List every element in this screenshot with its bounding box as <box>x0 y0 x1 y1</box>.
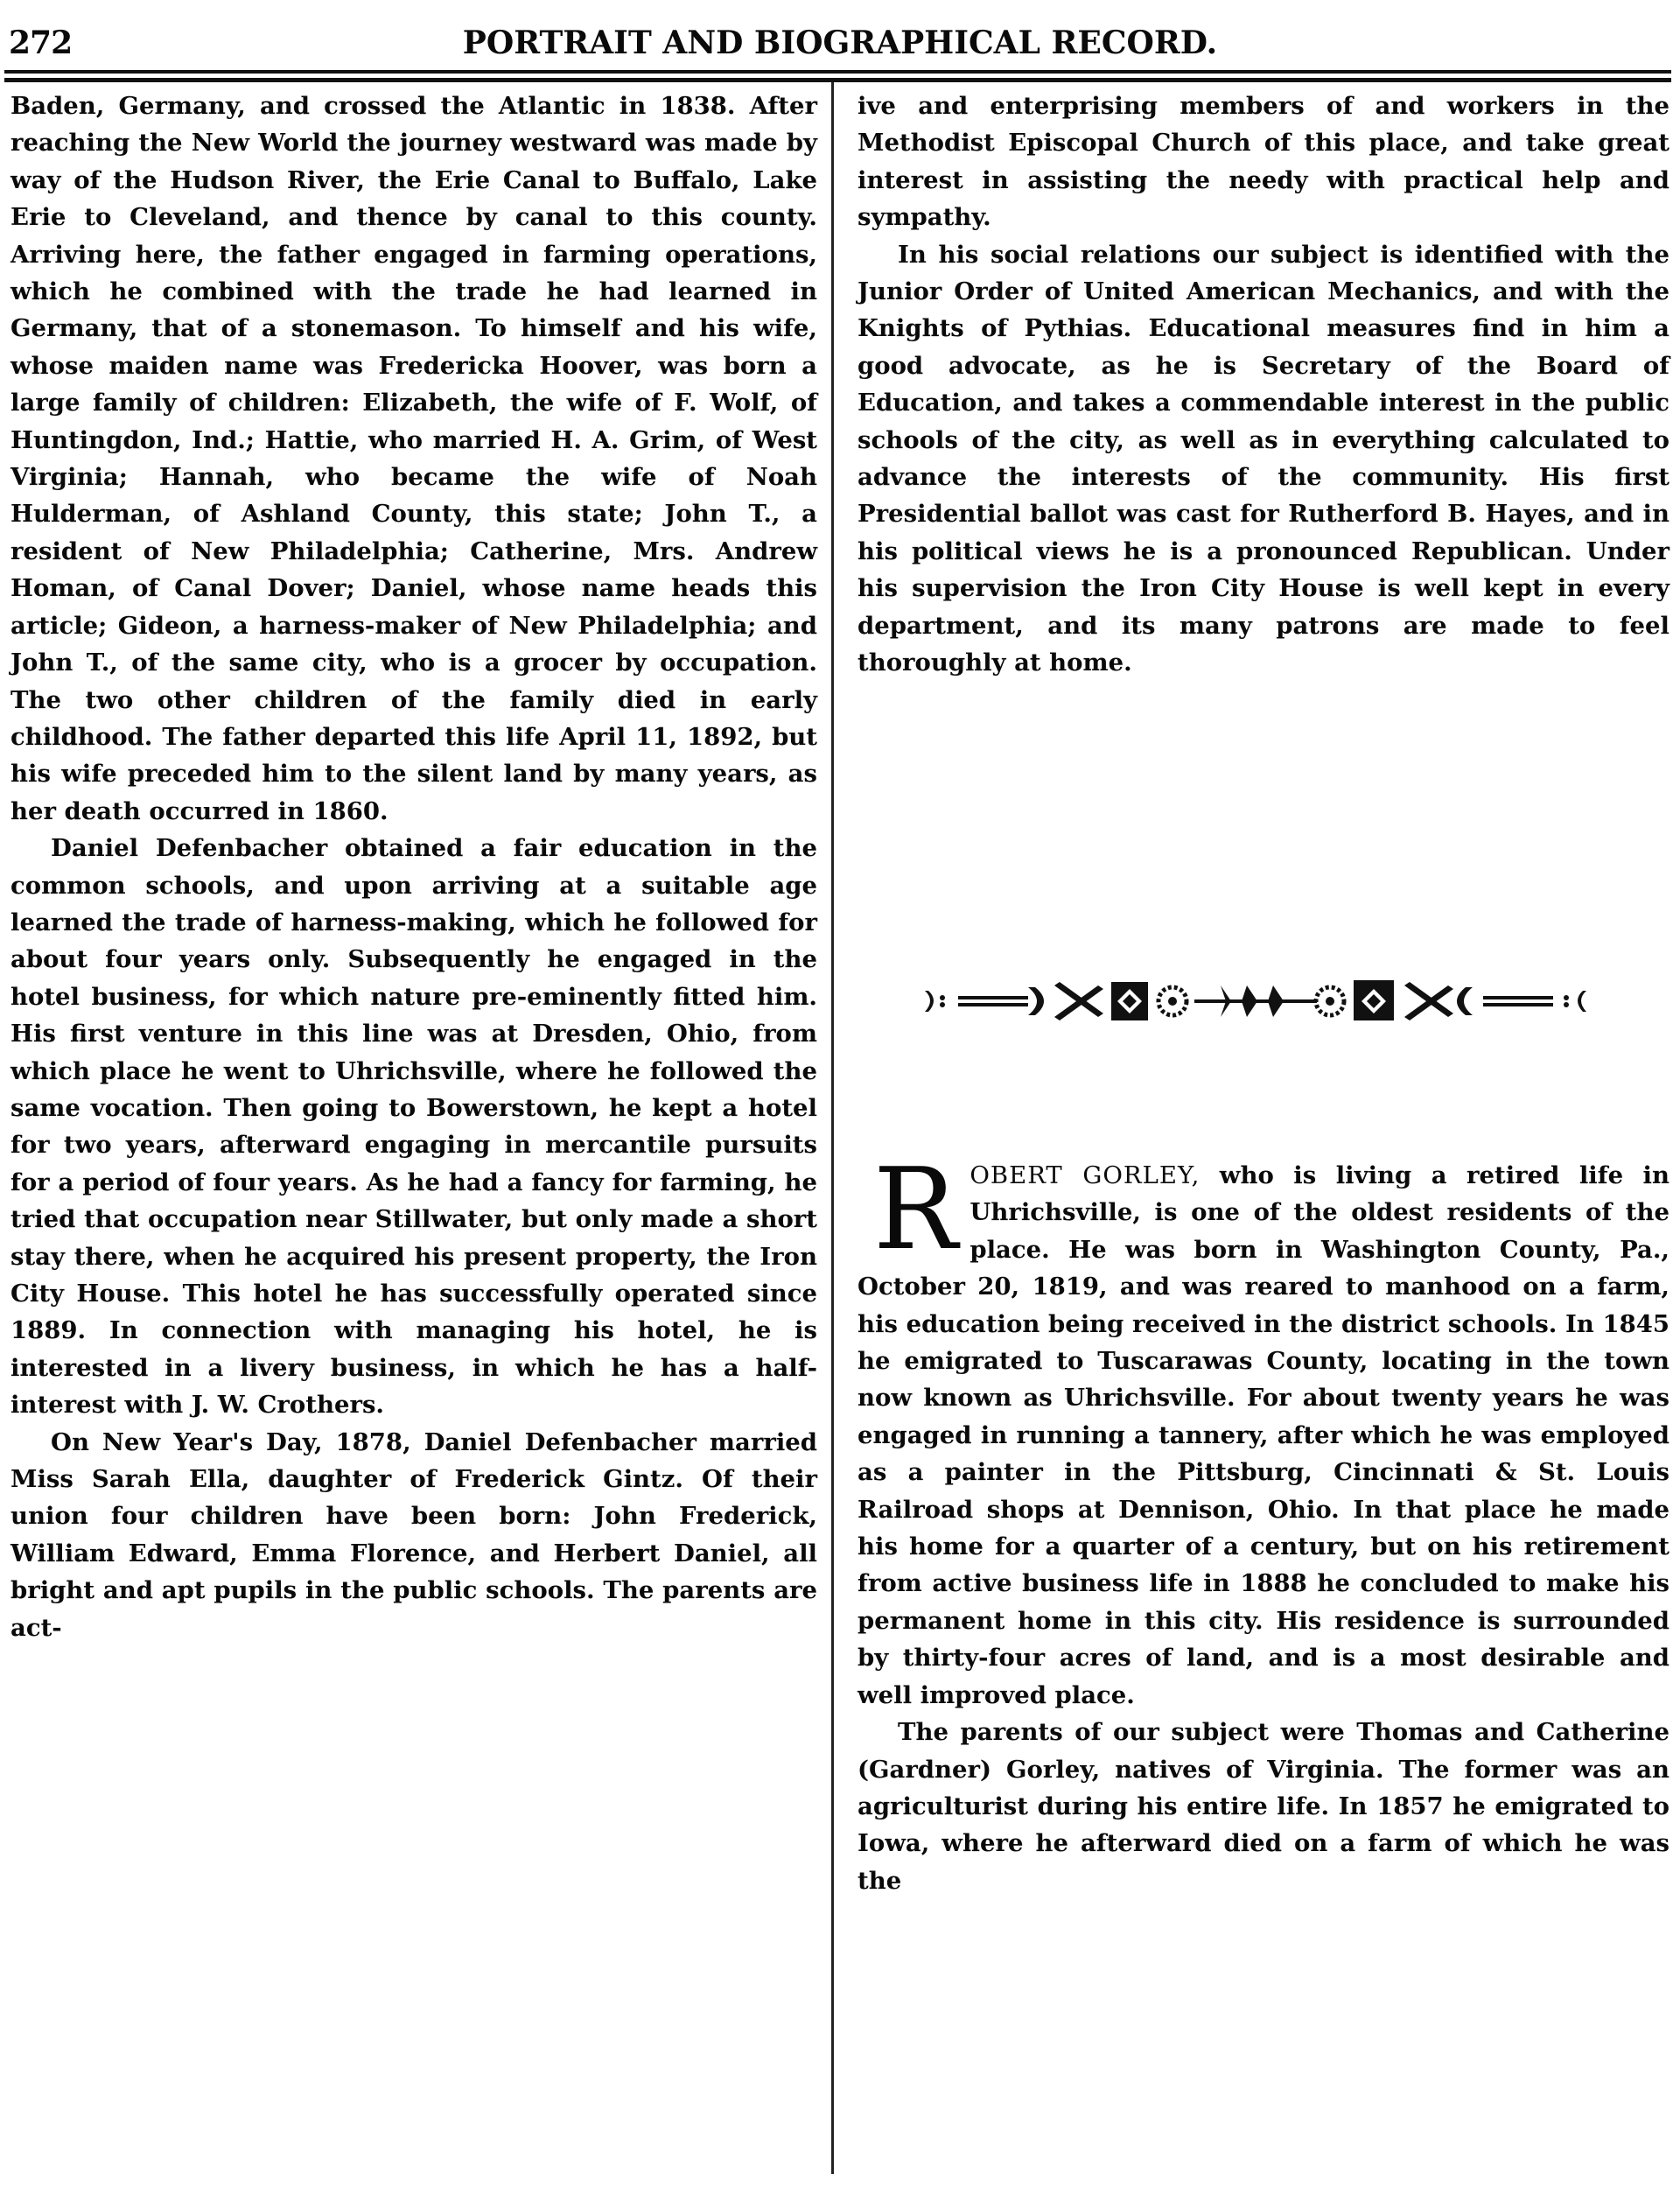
left-column: Baden, Germany, and crossed the Atlantic… <box>10 88 817 1646</box>
paragraph: Baden, Germany, and crossed the Atlantic… <box>10 88 817 830</box>
paragraph: Daniel Defenbacher obtained a fair educa… <box>10 830 817 1424</box>
subject-name: OBERT GORLEY, <box>969 1161 1200 1189</box>
drop-cap: R <box>873 1162 957 1263</box>
paragraph-text: who is living a retired life in Uhrichsv… <box>857 1161 1669 1709</box>
paragraph: On New Year's Day, 1878, Daniel Defenbac… <box>10 1424 817 1646</box>
header-rule-bottom <box>4 78 1671 82</box>
biography-robert-gorley: ROBERT GORLEY, who is living a retired l… <box>857 1157 1669 1899</box>
right-column: ive and enterprising members of and work… <box>857 88 1669 682</box>
paragraph: ive and enterprising members of and work… <box>857 88 1669 236</box>
paragraph: In his social relations our subject is i… <box>857 236 1669 682</box>
column-divider <box>831 82 834 2174</box>
paragraph: The parents of our subject were Thomas a… <box>857 1714 1669 1899</box>
running-title: PORTRAIT AND BIOGRAPHICAL RECORD. <box>0 25 1680 61</box>
header-rule-top <box>4 70 1671 74</box>
opening-paragraph: ROBERT GORLEY, who is living a retired l… <box>857 1157 1669 1714</box>
decorative-divider-ornament-icon <box>923 978 1588 1022</box>
page-header: 272 PORTRAIT AND BIOGRAPHICAL RECORD. <box>0 0 1680 70</box>
